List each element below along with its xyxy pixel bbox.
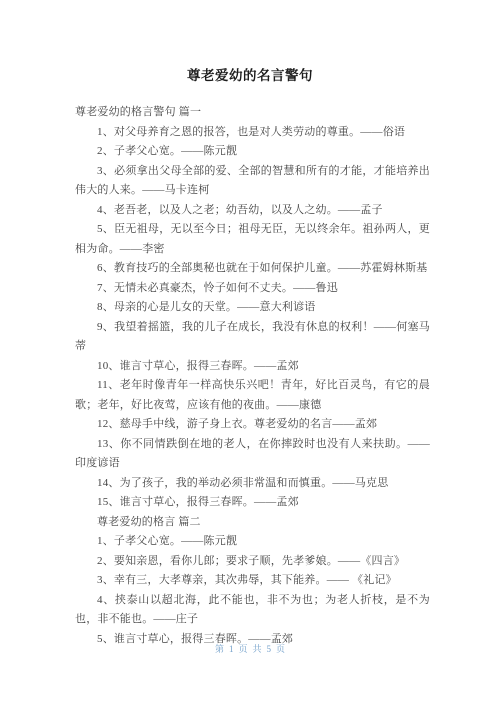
quote-item: 9、我望着摇篮，我的儿子在成长，我没有休息的权利！——何塞马蒂 <box>75 318 430 357</box>
quote-item: 5、臣无祖母，无以至今日；祖母无臣，无以终余年。祖孙两人，更相为命。——李密 <box>75 220 430 259</box>
quote-item: 6、教育技巧的全部奥秘也就在于如何保护儿童。——苏霍姆林斯基 <box>75 259 430 279</box>
quote-item: 10、谁言寸草心，报得三春晖。——孟郊 <box>75 357 430 377</box>
footer-label-di: 第 <box>215 644 224 654</box>
document-title: 尊老爱幼的名言警句 <box>0 0 500 83</box>
section-heading: 尊老爱幼的格言警句 篇一 <box>75 103 430 123</box>
quote-item: 3、必须拿出父母全部的爱、全部的智慧和所有的才能，才能培养出伟大的人来。——马卡… <box>75 162 430 201</box>
quote-item: 2、要知亲恩，看你儿郎；要求子顺，先孝爹娘。——《四言》 <box>75 552 430 572</box>
footer-label-ye2: 页 <box>276 644 285 654</box>
quote-item: 3、幸有三，大孝尊亲，其次弗辱，其下能养。—— 《礼记》 <box>75 571 430 591</box>
document-body: 尊老爱幼的格言警句 篇一 1、对父母养育之恩的报答，也是对人类劳动的尊重。——俗… <box>75 103 430 649</box>
quote-item: 4、挟泰山以超北海，此不能也，非不为也；为老人折枝，是不为也，非不能也。——庄子 <box>75 591 430 630</box>
page-indicator: 第1页共5页 <box>0 643 500 656</box>
quote-item: 1、对父母养育之恩的报答，也是对人类劳动的尊重。——俗语 <box>75 123 430 143</box>
section-heading: 尊老爱幼的格言 篇二 <box>75 513 430 533</box>
quote-item: 7、无情未必真豪杰，怜子如何不丈夫。——鲁迅 <box>75 279 430 299</box>
document-page: 尊老爱幼的名言警句 尊老爱幼的格言警句 篇一 1、对父母养育之恩的报答，也是对人… <box>0 0 500 707</box>
quote-item: 8、母亲的心是儿女的天堂。——意大利谚语 <box>75 298 430 318</box>
footer-total-pages: 5 <box>267 644 272 654</box>
quote-section: 尊老爱幼的格言警句 篇一 1、对父母养育之恩的报答，也是对人类劳动的尊重。——俗… <box>75 103 430 513</box>
footer-label-gong: 共 <box>253 644 262 654</box>
footer-label-ye: 页 <box>238 644 247 654</box>
footer-current-page: 1 <box>229 644 234 654</box>
quote-item: 15、谁言寸草心，报得三春晖。——孟郊 <box>75 493 430 513</box>
quote-item: 1、子孝父心宽。——陈元靓 <box>75 532 430 552</box>
quote-item: 14、为了孩子，我的举动必须非常温和而慎重。——马克思 <box>75 474 430 494</box>
quote-section: 尊老爱幼的格言 篇二 1、子孝父心宽。——陈元靓2、要知亲恩，看你儿郎；要求子顺… <box>75 513 430 650</box>
quote-item: 4、老吾老，以及人之老；幼吾幼，以及人之幼。——孟子 <box>75 201 430 221</box>
quote-item: 12、慈母手中线，游子身上衣。尊老爱幼的名言——孟郊 <box>75 415 430 435</box>
quote-item: 13、你不同情跌倒在地的老人，在你摔跤时也没有人来扶助。——印度谚语 <box>75 435 430 474</box>
quote-item: 11、老年时像青年一样高快乐兴吧！青年，好比百灵鸟，有它的晨歌；老年，好比夜莺，… <box>75 376 430 415</box>
quote-item: 2、子孝父心宽。——陈元靓 <box>75 142 430 162</box>
